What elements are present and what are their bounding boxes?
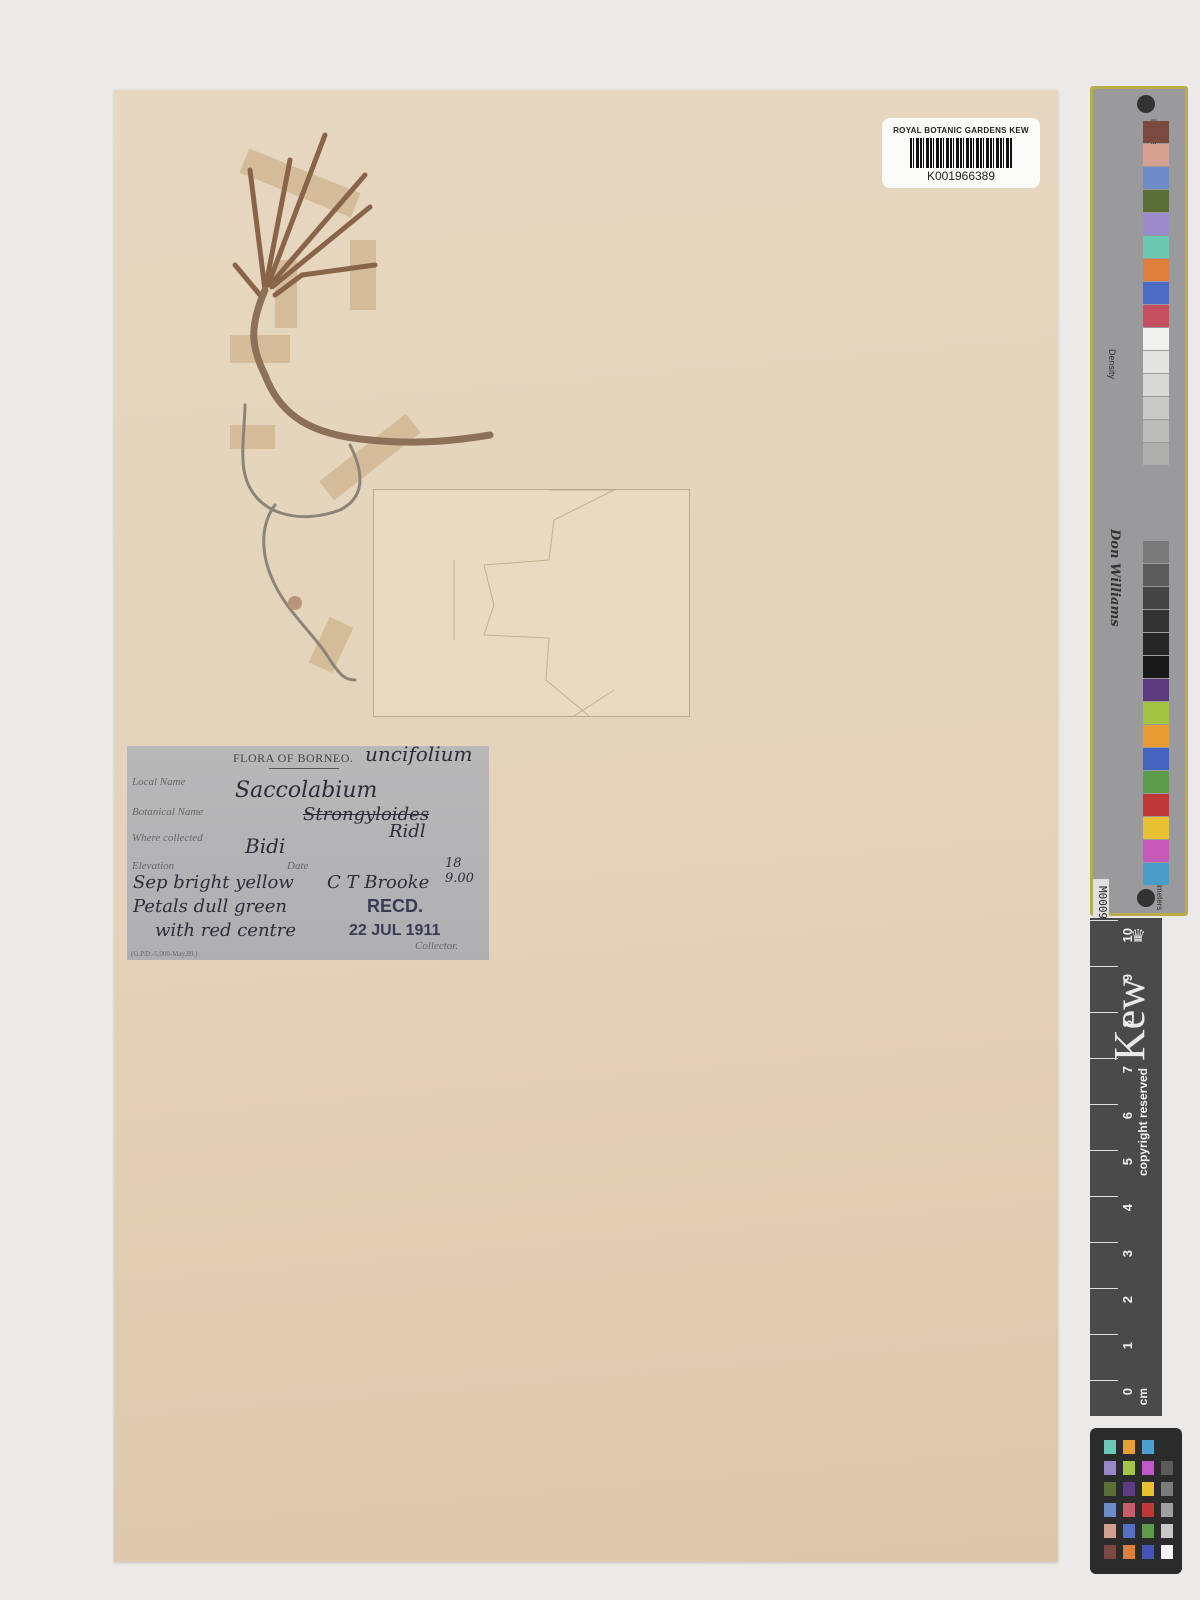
color-swatch	[1143, 610, 1169, 632]
handwritten-author: Ridl	[389, 821, 426, 842]
handwritten-locality: Bidi	[245, 834, 285, 858]
scale-tick-label: 8	[1120, 1020, 1136, 1027]
collector-field: Collector.	[415, 940, 458, 952]
scale-tick-label: 3	[1120, 1250, 1136, 1257]
scale-tick-label: 6	[1120, 1112, 1136, 1119]
color-swatch	[1143, 564, 1169, 586]
brand-label: Don Williams	[1107, 529, 1122, 627]
scale-tick	[1090, 1380, 1118, 1381]
color-swatch	[1143, 656, 1169, 678]
scale-tick-label: 2	[1120, 1296, 1136, 1303]
copyright-notice: copyright reserved	[1136, 1068, 1150, 1176]
registration-dot-top	[1137, 95, 1155, 113]
color-patch	[1161, 1545, 1173, 1559]
scale-tick-label: 4	[1120, 1204, 1136, 1211]
barcode	[910, 138, 1012, 168]
collection-label: FLORA OF BORNEO. Local Name Botanical Na…	[127, 746, 489, 960]
received-date-stamp: 22 JUL 1911	[349, 922, 440, 940]
color-patch	[1123, 1482, 1135, 1496]
color-swatch	[1143, 305, 1169, 327]
print-code: (G.P.D.-5,000-May,89.)	[131, 950, 197, 958]
botanical-name-field: Botanical Name	[132, 806, 203, 818]
scale-tick-label: 10	[1120, 928, 1136, 942]
handwritten-genus: Saccolabium	[235, 778, 377, 803]
handwritten-epithet: uncifolium	[365, 742, 472, 766]
scale-tick	[1090, 1150, 1118, 1151]
fragment-envelope	[373, 489, 690, 717]
scale-tick	[1090, 1058, 1118, 1059]
color-swatch	[1143, 679, 1169, 701]
scale-tick	[1090, 1288, 1118, 1289]
scale-tick	[1090, 1334, 1118, 1335]
color-swatch	[1143, 167, 1169, 189]
handwritten-collector: C T Brooke	[327, 872, 429, 893]
barcode-label: ROYAL BOTANIC GARDENS KEW K001966389	[882, 118, 1040, 188]
registration-dot-bottom	[1137, 889, 1155, 907]
color-swatch	[1143, 420, 1169, 442]
color-swatch	[1143, 863, 1169, 885]
color-patch	[1161, 1461, 1173, 1475]
density-label: Density	[1107, 349, 1117, 379]
color-patch	[1142, 1482, 1154, 1496]
scale-tick-label: 0	[1120, 1388, 1136, 1395]
color-patch	[1104, 1524, 1116, 1538]
header-rule	[269, 768, 339, 769]
color-swatch	[1143, 282, 1169, 304]
color-patch	[1123, 1545, 1135, 1559]
color-swatch	[1143, 121, 1169, 143]
cm-unit-label: cm	[1136, 1388, 1150, 1405]
scale-tick-label: 1	[1120, 1342, 1136, 1349]
color-swatch	[1143, 236, 1169, 258]
color-patch	[1104, 1545, 1116, 1559]
scale-tick	[1090, 1196, 1118, 1197]
color-swatch	[1143, 771, 1169, 793]
color-swatch	[1143, 633, 1169, 655]
local-name-field: Local Name	[132, 776, 185, 788]
institution-name: ROYAL BOTANIC GARDENS KEW	[882, 126, 1040, 135]
kew-scale-bar: ♛ Kew copyright reserved 012345678910 cm	[1090, 918, 1162, 1416]
handwritten-notes-3: with red centre	[155, 920, 296, 941]
scale-tick	[1090, 1104, 1118, 1105]
color-swatch	[1143, 443, 1169, 465]
color-patch	[1142, 1545, 1154, 1559]
color-swatch	[1143, 794, 1169, 816]
color-swatch	[1143, 748, 1169, 770]
color-patch	[1123, 1524, 1135, 1538]
envelope-fold-lines	[374, 490, 689, 716]
color-patch	[1104, 1482, 1116, 1496]
color-swatch	[1143, 213, 1169, 235]
color-checker-card	[1090, 1428, 1182, 1574]
scale-tick	[1090, 920, 1118, 921]
color-patch	[1142, 1461, 1154, 1475]
color-swatch	[1143, 144, 1169, 166]
color-swatch	[1143, 190, 1169, 212]
color-patch	[1104, 1461, 1116, 1475]
handwritten-date: 18 9.00	[445, 856, 489, 886]
color-swatch	[1143, 541, 1169, 563]
color-patch	[1123, 1461, 1135, 1475]
color-swatch	[1143, 817, 1169, 839]
color-swatch	[1143, 259, 1169, 281]
color-swatch	[1143, 374, 1169, 396]
color-patch	[1123, 1503, 1135, 1517]
scale-tick-label: 7	[1120, 1066, 1136, 1073]
color-swatch	[1143, 328, 1169, 350]
color-swatch	[1143, 587, 1169, 609]
scale-tick	[1090, 1242, 1118, 1243]
color-patch	[1161, 1482, 1173, 1496]
date-field: Date	[287, 860, 308, 872]
scale-tick	[1090, 966, 1118, 967]
color-patch	[1142, 1440, 1154, 1454]
scale-tick-label: 9	[1120, 974, 1136, 981]
color-swatch	[1143, 725, 1169, 747]
barcode-id: K001966389	[882, 169, 1040, 183]
where-collected-field: Where collected	[132, 832, 203, 844]
elevation-field: Elevation	[132, 860, 174, 872]
color-patch	[1123, 1440, 1135, 1454]
scale-tick-label: 5	[1120, 1158, 1136, 1165]
color-swatch	[1143, 840, 1169, 862]
color-swatch	[1143, 702, 1169, 724]
label-header: FLORA OF BORNEO.	[233, 751, 353, 766]
color-swatch	[1143, 351, 1169, 373]
color-patch	[1142, 1524, 1154, 1538]
handwritten-notes-2: Petals dull green	[133, 896, 287, 917]
received-stamp: RECD.	[367, 896, 423, 917]
color-calibration-strip: inches Density Don Williams centimeters …	[1090, 86, 1188, 916]
color-patch	[1104, 1503, 1116, 1517]
color-patch	[1104, 1440, 1116, 1454]
handwritten-notes-1: Sep bright yellow	[133, 872, 294, 893]
color-patch	[1161, 1503, 1173, 1517]
color-patch	[1161, 1524, 1173, 1538]
color-patch	[1142, 1503, 1154, 1517]
color-patch	[1161, 1440, 1173, 1454]
color-swatch	[1143, 397, 1169, 419]
scale-tick	[1090, 1012, 1118, 1013]
